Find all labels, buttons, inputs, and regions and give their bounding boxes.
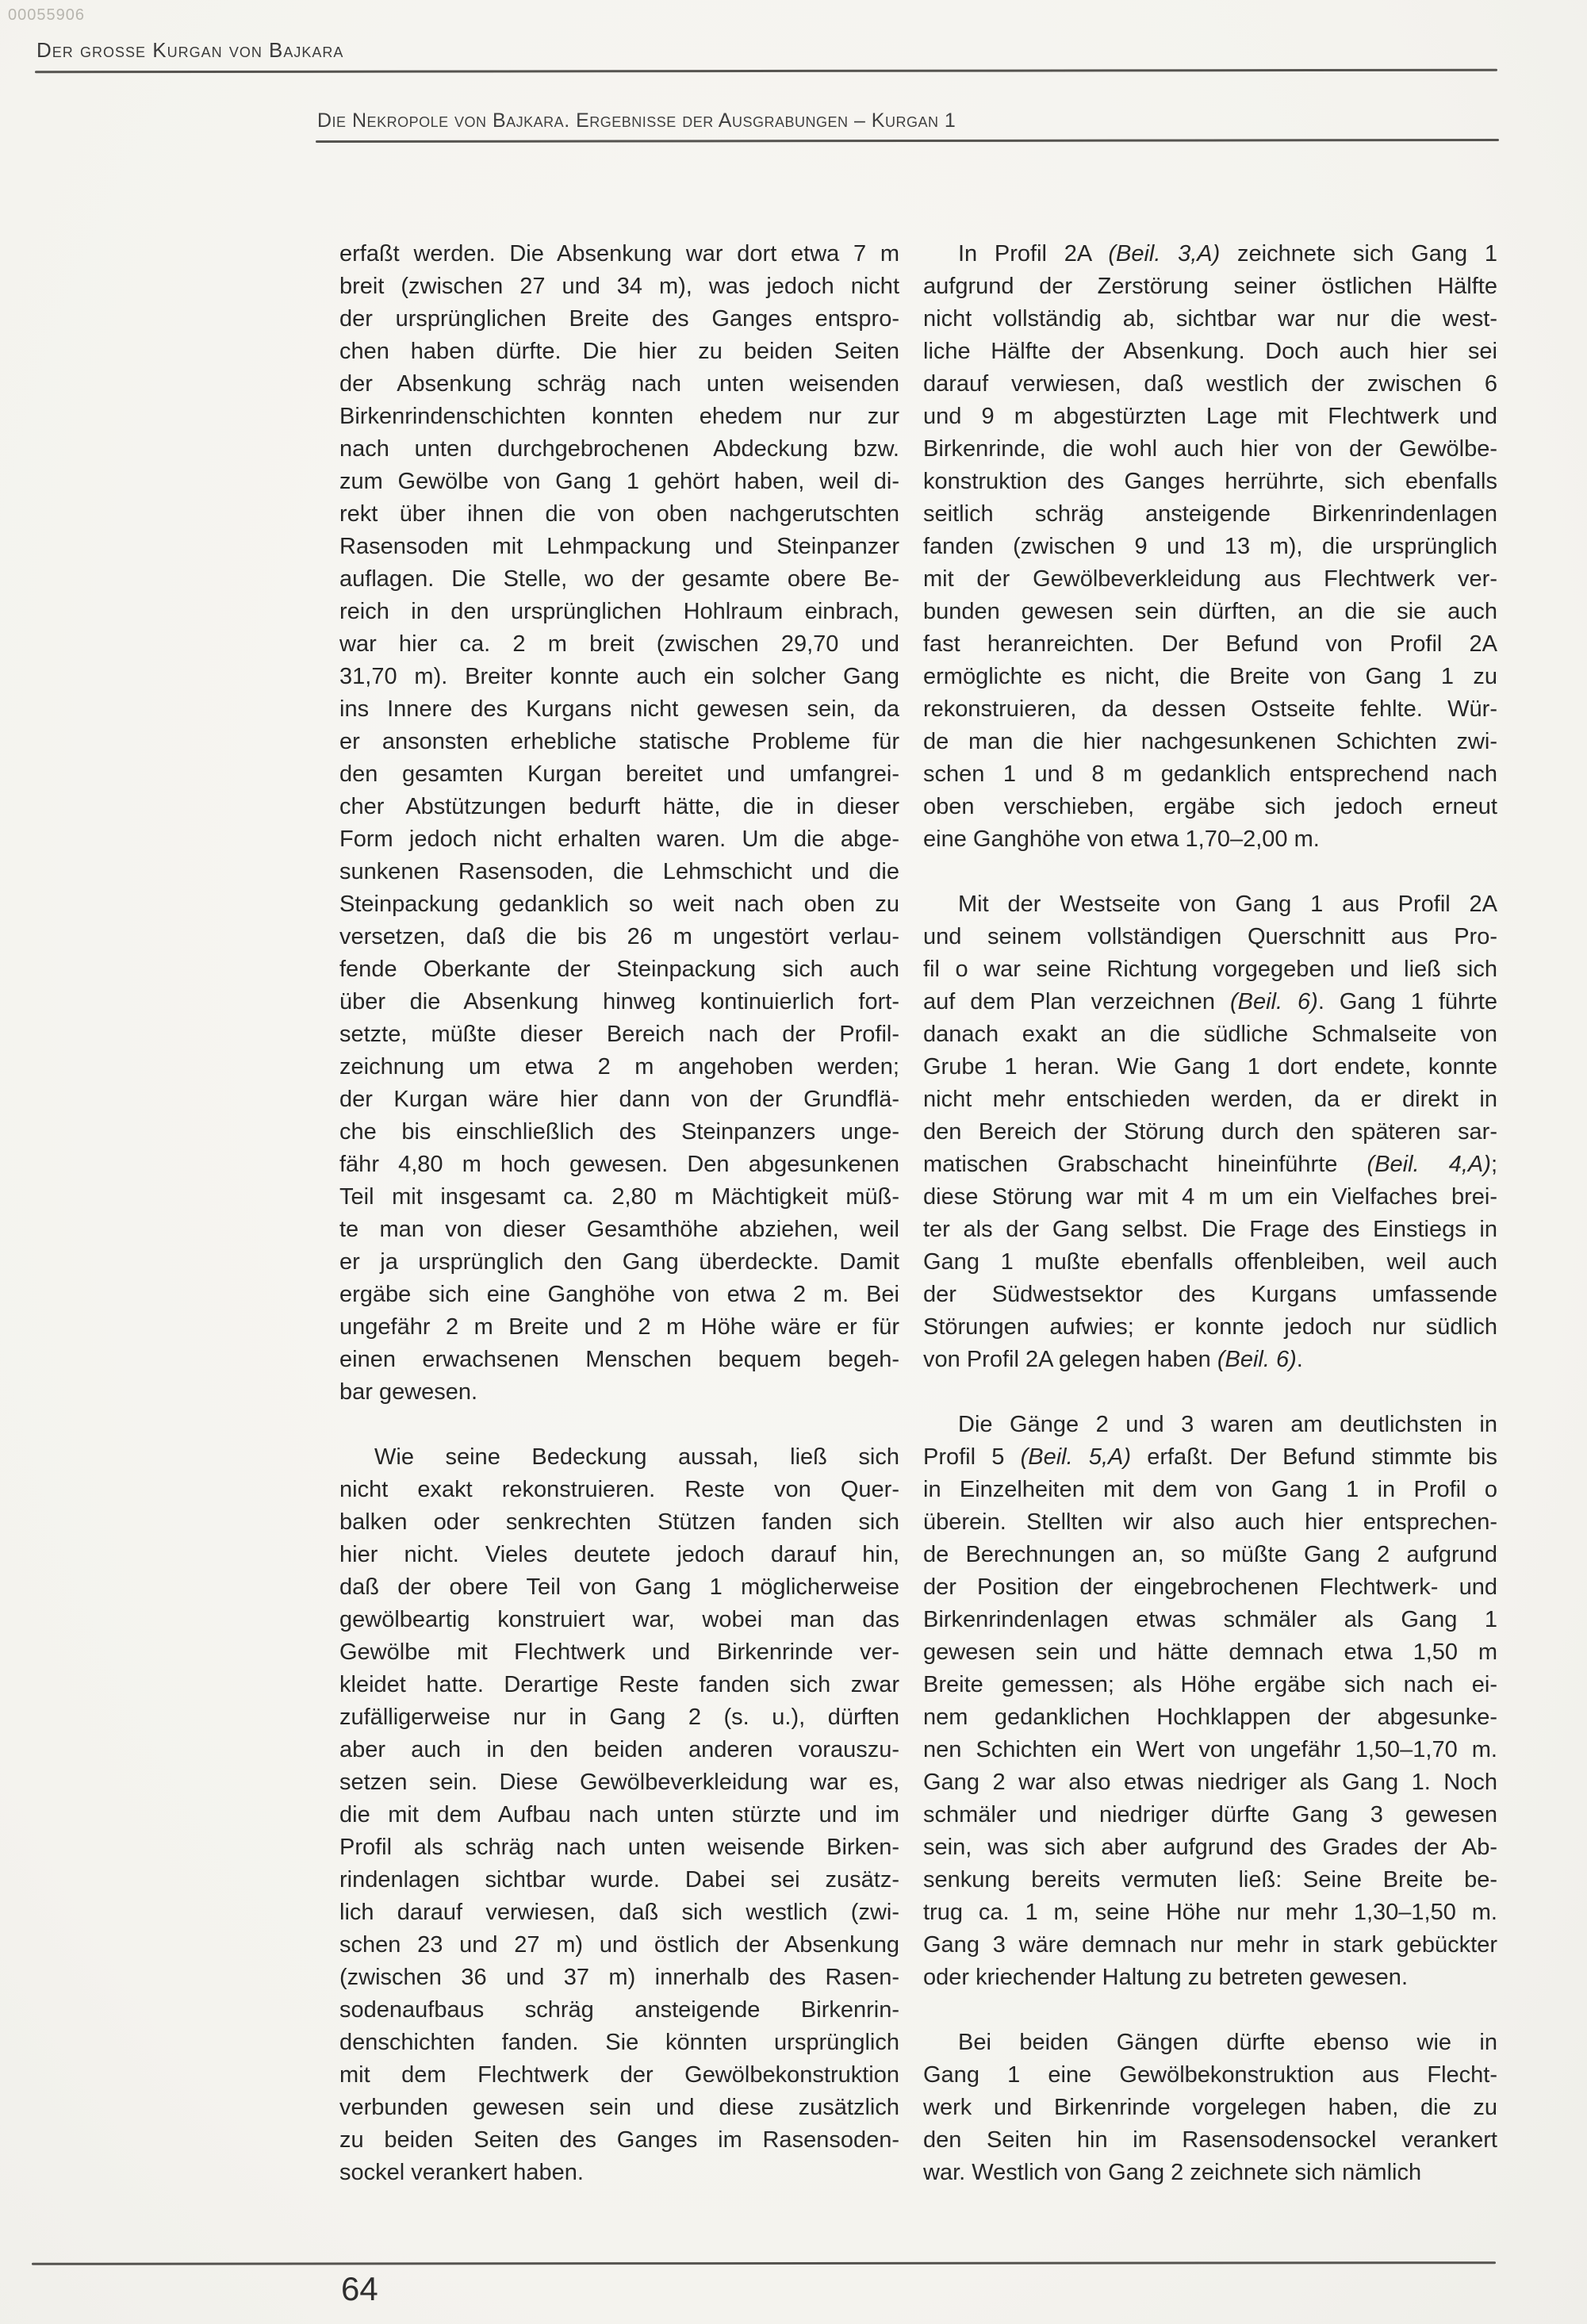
text-line: eine Ganghöhe von etwa 1,70–2,00 m. [923, 823, 1497, 856]
text-line: oder kriechender Haltung zu betreten gew… [923, 1962, 1497, 1994]
text-line: in Einzelheiten mit dem von Gang 1 in Pr… [923, 1474, 1497, 1506]
text-line: Gang 2 war also etwas niedriger als Gang… [923, 1766, 1497, 1799]
text-line: von Profil 2A gelegen haben (Beil. 6). [923, 1344, 1497, 1376]
text-line: einen erwachsenen Menschen bequem begeh- [339, 1344, 899, 1376]
text-line: Steinpackung gedanklich so weit nach obe… [339, 888, 899, 921]
text-line: In Profil 2A (Beil. 3,A) zeichnete sich … [923, 238, 1497, 270]
paragraph: Bei beiden Gängen dürfte ebenso wie inGa… [923, 2027, 1497, 2189]
text-line: setzte, müßte dieser Bereich nach der Pr… [339, 1018, 899, 1051]
text-line: zeichnung um etwa 2 m angehoben werden; [339, 1051, 899, 1083]
text-line: denschichten fanden. Sie könnten ursprün… [339, 2027, 899, 2059]
text-line: Gang 1 eine Gewölbekonstruktion aus Flec… [923, 2059, 1497, 2092]
text-line: war hier ca. 2 m breit (zwischen 29,70 u… [339, 628, 899, 661]
text-line: den gesamten Kurgan bereitet und umfangr… [339, 758, 899, 791]
text-line: sunkenen Rasensoden, die Lehmschicht und… [339, 856, 899, 888]
text-line: sein, was sich aber aufgrund des Grades … [923, 1831, 1497, 1864]
text-line: und 9 m abgestürzten Lage mit Flechtwerk… [923, 401, 1497, 433]
text-line: war. Westlich von Gang 2 zeichnete sich … [923, 2157, 1497, 2189]
text-line: fil o war seine Richtung vorgegeben und … [923, 953, 1497, 986]
text-line: Gang 3 wäre demnach nur mehr in stark ge… [923, 1929, 1497, 1962]
text-line: lich darauf verwiesen, daß sich westlich… [339, 1896, 899, 1929]
text-line: Gewölbe mit Flechtwerk und Birkenrinde v… [339, 1636, 899, 1669]
text-line: überein. Stellten wir also auch hier ent… [923, 1506, 1497, 1539]
column-right: In Profil 2A (Beil. 3,A) zeichnete sich … [923, 238, 1497, 2189]
text-line: Bei beiden Gängen dürfte ebenso wie in [923, 2027, 1497, 2059]
text-line: Birkenrinde, die wohl auch hier von der … [923, 433, 1497, 466]
text-line: über die Absenkung hinweg kontinuierlich… [339, 986, 899, 1018]
text-line: Form jedoch nicht erhalten waren. Um die… [339, 823, 899, 856]
paragraph: In Profil 2A (Beil. 3,A) zeichnete sich … [923, 238, 1497, 856]
scan-id-stamp: 00055906 [8, 6, 85, 25]
text-line: versetzen, daß die bis 26 m ungestört ve… [339, 921, 899, 953]
text-line: Die Gänge 2 und 3 waren am deutlichsten … [923, 1409, 1497, 1441]
text-line: ermöglichte es nicht, die Breite von Gan… [923, 661, 1497, 693]
text-line: konstruktion des Ganges herrührte, sich … [923, 466, 1497, 498]
text-line: schen 23 und 27 m) und östlich der Absen… [339, 1929, 899, 1962]
text-line: der Position der eingebrochenen Flechtwe… [923, 1571, 1497, 1604]
text-line: nem gedanklichen Hochklappen der abgesun… [923, 1701, 1497, 1734]
text-line: Teil mit insgesamt ca. 2,80 m Mächtigkei… [339, 1181, 899, 1214]
text-line: den Seiten hin im Rasensodensockel veran… [923, 2124, 1497, 2157]
text-line: matischen Grabschacht hineinführte (Beil… [923, 1149, 1497, 1181]
text-line: senkung bereits vermuten ließ: Seine Bre… [923, 1864, 1497, 1896]
text-line: Birkenrindenschichten konnten ehedem nur… [339, 401, 899, 433]
text-line: ter als der Gang selbst. Die Frage des E… [923, 1214, 1497, 1246]
text-line: Profil 5 (Beil. 5,A) erfaßt. Der Befund … [923, 1441, 1497, 1474]
text-line: ungefähr 2 m Breite und 2 m Höhe wäre er… [339, 1311, 899, 1344]
text-line: Wie seine Bedeckung aussah, ließ sich [339, 1441, 899, 1474]
text-line: danach exakt an die südliche Schmalseite… [923, 1018, 1497, 1051]
text-line: zum Gewölbe von Gang 1 gehört haben, wei… [339, 466, 899, 498]
paragraph: Die Gänge 2 und 3 waren am deutlichsten … [923, 1409, 1497, 1994]
text-line: Rasensoden mit Lehmpackung und Steinpanz… [339, 531, 899, 563]
text-line: de man die hier nachgesunkenen Schichten… [923, 726, 1497, 758]
text-line: nicht exakt rekonstruieren. Reste von Qu… [339, 1474, 899, 1506]
text-line: die mit dem Aufbau nach unten stürzte un… [339, 1799, 899, 1831]
text-line: ergäbe sich eine Ganghöhe von etwa 2 m. … [339, 1279, 899, 1311]
scanned-book-page: 00055906 Der grosse Kurgan von Bajkara D… [0, 0, 1587, 2324]
text-line: rindenlagen sichtbar wurde. Dabei sei zu… [339, 1864, 899, 1896]
text-line: werk und Birkenrinde vorgelegen haben, d… [923, 2092, 1497, 2124]
text-line: seitlich schräg ansteigende Birkenrinden… [923, 498, 1497, 531]
text-line: der ursprünglichen Breite des Ganges ent… [339, 303, 899, 336]
text-line: schen 1 und 8 m gedanklich entsprechend … [923, 758, 1497, 791]
text-line: nach unten durchgebrochenen Abdeckung bz… [339, 433, 899, 466]
text-line: sodenaufbaus schräg ansteigende Birkenri… [339, 1994, 899, 2027]
page-number: 64 [341, 2270, 378, 2308]
text-line: rekt über ihnen die von oben nachgerutsc… [339, 498, 899, 531]
text-line: und seinem vollständigen Querschnitt aus… [923, 921, 1497, 953]
text-line: nen Schichten ein Wert von ungefähr 1,50… [923, 1734, 1497, 1766]
text-line: schmäler und niedriger dürfte Gang 3 gew… [923, 1799, 1497, 1831]
text-line: er ja ursprünglich den Gang überdeckte. … [339, 1246, 899, 1279]
text-line: Mit der Westseite von Gang 1 aus Profil … [923, 888, 1497, 921]
text-line: oben verschieben, ergäbe sich jedoch ern… [923, 791, 1497, 823]
footer-rule [32, 2261, 1496, 2265]
text-line: der Südwestsektor des Kurgans umfassende [923, 1279, 1497, 1311]
text-line: Profil als schräg nach unten weisende Bi… [339, 1831, 899, 1864]
text-line: che bis einschließlich des Steinpanzers … [339, 1116, 899, 1149]
text-line: auflagen. Die Stelle, wo der gesamte obe… [339, 563, 899, 596]
paragraph: Mit der Westseite von Gang 1 aus Profil … [923, 888, 1497, 1376]
paragraph: erfaßt werden. Die Absenkung war dort et… [339, 238, 899, 1409]
text-line: cher Abstützungen bedurft hätte, die in … [339, 791, 899, 823]
text-line: (zwischen 36 und 37 m) innerhalb des Ras… [339, 1962, 899, 1994]
text-line: den Bereich der Störung durch den später… [923, 1116, 1497, 1149]
text-line: 31,70 m). Breiter konnte auch ein solche… [339, 661, 899, 693]
text-line: zu beiden Seiten des Ganges im Rasensode… [339, 2124, 899, 2157]
text-line: mit dem Flechtwerk der Gewölbekonstrukti… [339, 2059, 899, 2092]
text-line: rekonstruieren, da dessen Ostseite fehlt… [923, 693, 1497, 726]
text-line: nicht mehr entschieden werden, da er dir… [923, 1083, 1497, 1116]
text-line: aber auch in den beiden anderen vorauszu… [339, 1734, 899, 1766]
text-line: kleidet hatte. Derartige Reste fanden si… [339, 1669, 899, 1701]
text-line: auf dem Plan verzeichnen (Beil. 6). Gang… [923, 986, 1497, 1018]
text-line: fanden (zwischen 9 und 13 m), die ursprü… [923, 531, 1497, 563]
text-line: chen haben dürfte. Die hier zu beiden Se… [339, 336, 899, 368]
text-columns: erfaßt werden. Die Absenkung war dort et… [339, 238, 1497, 2189]
text-line: bar gewesen. [339, 1376, 899, 1409]
text-line: erfaßt werden. Die Absenkung war dort et… [339, 238, 899, 270]
text-line: verbunden gewesen sein und diese zusätzl… [339, 2092, 899, 2124]
text-line: te man von dieser Gesamthöhe abziehen, w… [339, 1214, 899, 1246]
text-line: Birkenrindenlagen etwas schmäler als Gan… [923, 1604, 1497, 1636]
text-line: Störungen aufwies; er konnte jedoch nur … [923, 1311, 1497, 1344]
column-left: erfaßt werden. Die Absenkung war dort et… [339, 238, 899, 2189]
text-line: trug ca. 1 m, seine Höhe nur mehr 1,30–1… [923, 1896, 1497, 1929]
text-line: der Kurgan wäre hier dann von der Grundf… [339, 1083, 899, 1116]
text-line: de Berechnungen an, so müßte Gang 2 aufg… [923, 1539, 1497, 1571]
header-rule [35, 69, 1497, 74]
running-head-rule [316, 139, 1499, 143]
text-line: balken oder senkrechten Stützen fanden s… [339, 1506, 899, 1539]
text-line: fähr 4,80 m hoch gewesen. Den abgesunken… [339, 1149, 899, 1181]
book-title-header: Der grosse Kurgan von Bajkara [36, 38, 343, 63]
text-line: gewölbeartig konstruiert war, wobei man … [339, 1604, 899, 1636]
text-line: bunden gewesen sein dürften, an die sie … [923, 596, 1497, 628]
text-line: nicht vollständig ab, sichtbar war nur d… [923, 303, 1497, 336]
paragraph: Wie seine Bedeckung aussah, ließ sichnic… [339, 1441, 899, 2189]
text-line: darauf verwiesen, daß westlich der zwisc… [923, 368, 1497, 401]
text-line: fende Oberkante der Steinpackung sich au… [339, 953, 899, 986]
text-line: Grube 1 heran. Wie Gang 1 dort endete, k… [923, 1051, 1497, 1083]
text-line: zufälligerweise nur in Gang 2 (s. u.), d… [339, 1701, 899, 1734]
text-line: setzen sein. Diese Gewölbeverkleidung wa… [339, 1766, 899, 1799]
text-line: Gang 1 mußte ebenfalls offenbleiben, wei… [923, 1246, 1497, 1279]
text-line: gewesen sein und hätte demnach etwa 1,50… [923, 1636, 1497, 1669]
text-line: reich in den ursprünglichen Hohlraum ein… [339, 596, 899, 628]
text-line: der Absenkung schräg nach unten weisende… [339, 368, 899, 401]
text-line: liche Hälfte der Absenkung. Doch auch hi… [923, 336, 1497, 368]
text-line: sockel verankert haben. [339, 2157, 899, 2189]
text-line: daß der obere Teil von Gang 1 möglicherw… [339, 1571, 899, 1604]
text-line: fast heranreichten. Der Befund von Profi… [923, 628, 1497, 661]
text-line: hier nicht. Vieles deutete jedoch darauf… [339, 1539, 899, 1571]
text-line: aufgrund der Zerstörung seiner östlichen… [923, 270, 1497, 303]
text-line: er ansonsten erhebliche statische Proble… [339, 726, 899, 758]
text-line: mit der Gewölbeverkleidung aus Flechtwer… [923, 563, 1497, 596]
chapter-running-head: Die Nekropole von Bajkara. Ergebnisse de… [317, 109, 956, 132]
text-line: ins Innere des Kurgans nicht gewesen sei… [339, 693, 899, 726]
text-line: breit (zwischen 27 und 34 m), was jedoch… [339, 270, 899, 303]
text-line: diese Störung war mit 4 m um ein Vielfac… [923, 1181, 1497, 1214]
text-line: Breite gemessen; als Höhe ergäbe sich na… [923, 1669, 1497, 1701]
